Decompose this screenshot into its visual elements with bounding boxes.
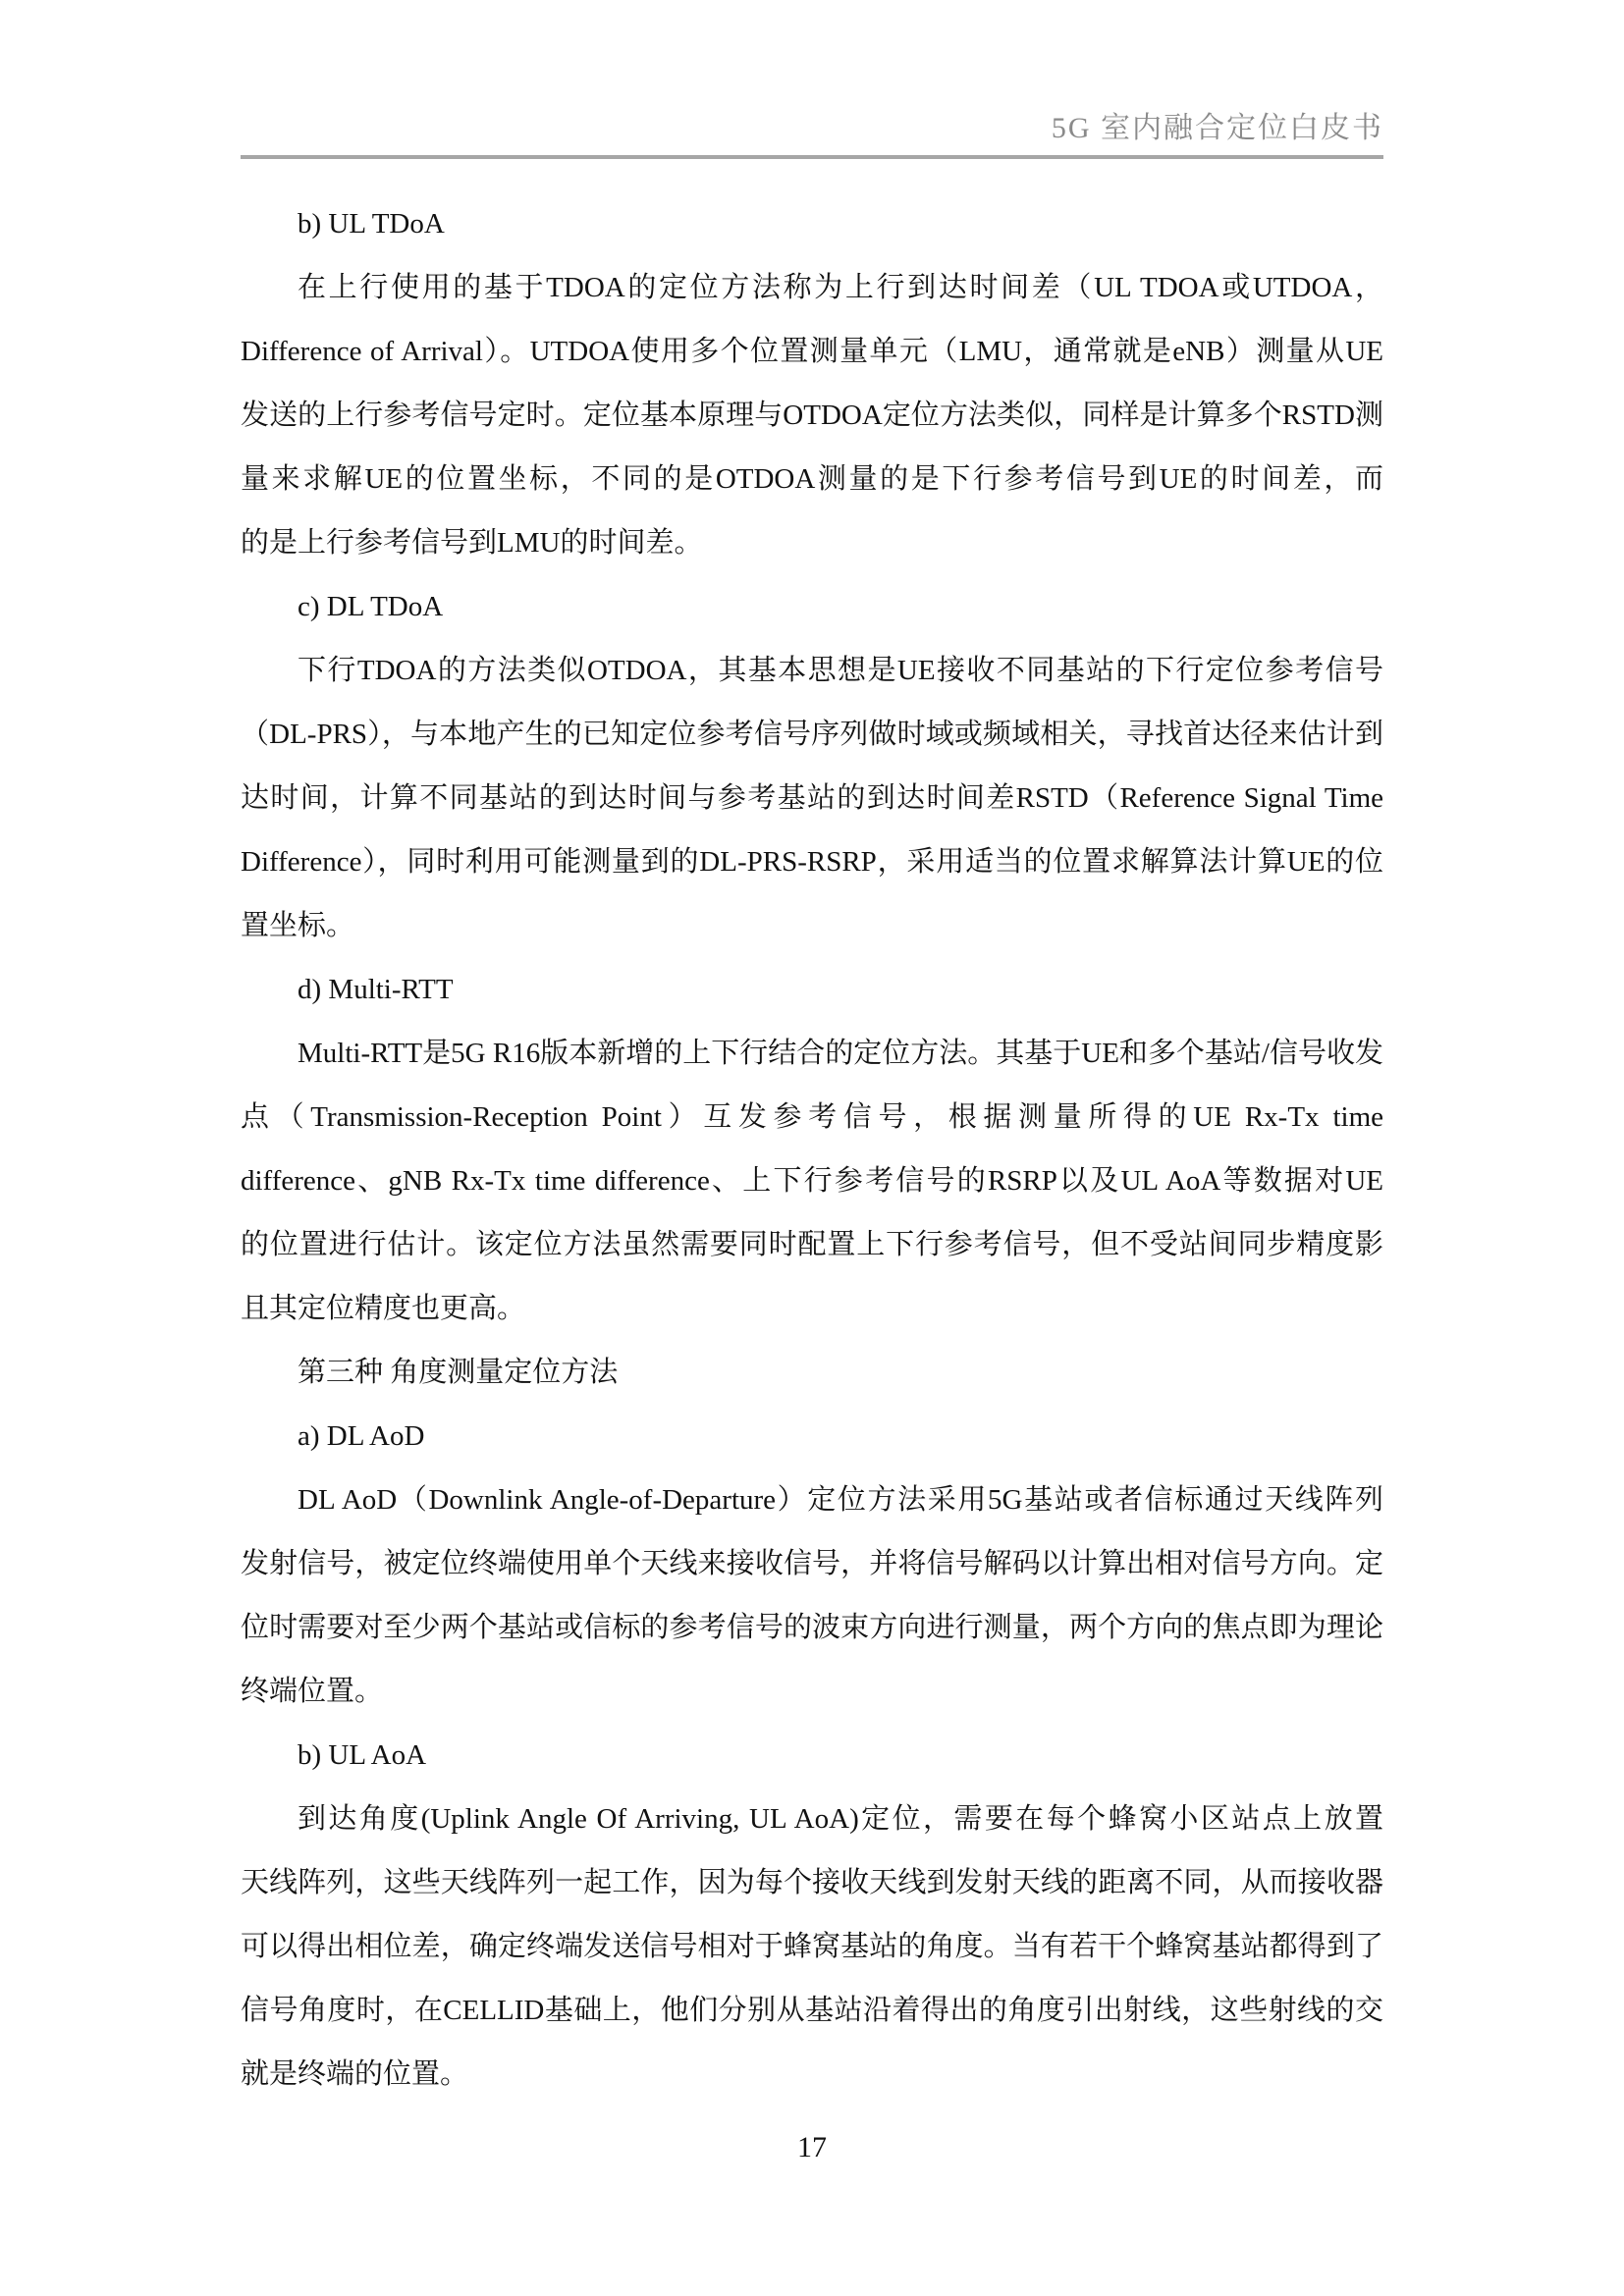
paragraph: DL AoD（Downlink Angle-of-Departure）定位方法采… — [241, 1468, 1383, 1724]
text-line: Multi-RTT是5G R16版本新增的上下行结合的定位方法。其基于UE和多个… — [241, 1022, 1383, 1086]
paragraph: a) DL AoD — [241, 1405, 1383, 1468]
text-line: Difference），同时利用可能测量到的DL-PRS-RSRP，采用适当的位… — [241, 830, 1383, 894]
paragraph: Multi-RTT是5G R16版本新增的上下行结合的定位方法。其基于UE和多个… — [241, 1022, 1383, 1341]
text-line: （DL-PRS），与本地产生的已知定位参考信号序列做时域或频域相关，寻找首达径来… — [241, 703, 1383, 767]
paragraph: 下行TDOA的方法类似OTDOA，其基本思想是UE接收不同基站的下行定位参考信号… — [241, 639, 1383, 958]
text-line: 天线阵列，这些天线阵列一起工作，因为每个接收天线到发射天线的距离不同，从而接收器 — [241, 1851, 1383, 1915]
paragraph: d) Multi-RTT — [241, 958, 1383, 1022]
paragraph: b) UL AoA — [241, 1724, 1383, 1788]
text-line: 置坐标。 — [241, 894, 1383, 958]
paragraph: 到达角度(Uplink Angle Of Arriving, UL AoA)定位… — [241, 1788, 1383, 2107]
text-line: 到达角度(Uplink Angle Of Arriving, UL AoA)定位… — [241, 1788, 1383, 1851]
text-line: 终端位置。 — [241, 1660, 1383, 1724]
header-title: 5G 室内融合定位白皮书 — [1052, 112, 1383, 144]
text-line: c) DL TDoA — [241, 575, 1383, 639]
page-number: 17 — [241, 2126, 1383, 2169]
text-line: 达时间，计算不同基站的到达时间与参考基站的到达时间差RSTD（Reference… — [241, 767, 1383, 830]
text-line: DL AoD（Downlink Angle-of-Departure）定位方法采… — [241, 1468, 1383, 1532]
page-header: 5G 室内融合定位白皮书 — [241, 0, 1383, 147]
text-line: 就是终端的位置。 — [241, 2043, 1383, 2107]
text-line: 位时需要对至少两个基站或信标的参考信号的波束方向进行测量，两个方向的焦点即为理论 — [241, 1596, 1383, 1660]
text-line: a) DL AoD — [241, 1405, 1383, 1468]
text-line: 的位置进行估计。该定位方法虽然需要同时配置上下行参考信号，但不受站间同步精度影响… — [241, 1213, 1383, 1277]
text-line: 发送的上行参考信号定时。定位基本原理与OTDOA定位方法类似，同样是计算多个RS… — [241, 384, 1383, 448]
text-line: 发射信号，被定位终端使用单个天线来接收信号，并将信号解码以计算出相对信号方向。定 — [241, 1532, 1383, 1596]
text-line: 在上行使用的基于TDOA的定位方法称为上行到达时间差（UL TDOA或UTDOA… — [241, 256, 1383, 320]
text-line: Difference of Arrival）。UTDOA使用多个位置测量单元（L… — [241, 320, 1383, 384]
text-line: 下行TDOA的方法类似OTDOA，其基本思想是UE接收不同基站的下行定位参考信号 — [241, 639, 1383, 703]
paragraph: 第三种 角度测量定位方法 — [241, 1341, 1383, 1405]
page-content: 5G 室内融合定位白皮书 b) UL TDoA在上行使用的基于TDOA的定位方法… — [241, 0, 1383, 2169]
text-line: b) UL TDoA — [241, 192, 1383, 256]
document-body: b) UL TDoA在上行使用的基于TDOA的定位方法称为上行到达时间差（UL … — [241, 159, 1383, 2107]
text-line: 量来求解UE的位置坐标，不同的是OTDOA测量的是下行参考信号到UE的时间差，而… — [241, 448, 1383, 511]
text-line: 点（Transmission-Reception Point）互发参考信号，根据… — [241, 1086, 1383, 1149]
paragraph: 在上行使用的基于TDOA的定位方法称为上行到达时间差（UL TDOA或UTDOA… — [241, 256, 1383, 575]
text-line: 的是上行参考信号到LMU的时间差。 — [241, 511, 1383, 575]
text-line: 可以得出相位差，确定终端发送信号相对于蜂窝基站的角度。当有若干个蜂窝基站都得到了 — [241, 1915, 1383, 1979]
text-line: difference、gNB Rx-Tx time difference、上下行… — [241, 1149, 1383, 1213]
document-page: 5G 室内融合定位白皮书 b) UL TDoA在上行使用的基于TDOA的定位方法… — [0, 0, 1624, 2296]
text-line: d) Multi-RTT — [241, 958, 1383, 1022]
text-line: 且其定位精度也更高。 — [241, 1277, 1383, 1341]
text-line: b) UL AoA — [241, 1724, 1383, 1788]
text-line: 第三种 角度测量定位方法 — [241, 1341, 1383, 1405]
text-line: 信号角度时，在CELLID基础上，他们分别从基站沿着得出的角度引出射线，这些射线… — [241, 1979, 1383, 2043]
paragraph: c) DL TDoA — [241, 575, 1383, 639]
paragraph: b) UL TDoA — [241, 192, 1383, 256]
